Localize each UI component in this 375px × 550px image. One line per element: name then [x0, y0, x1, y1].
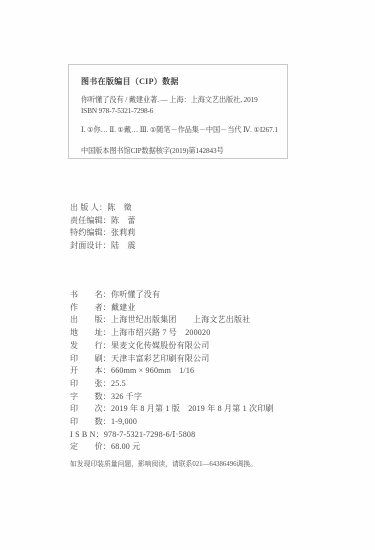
colophon-row-price: 定 价：68.00 元 [70, 441, 274, 454]
credit-value: 陈 蕾 [111, 216, 136, 225]
cip-title-statement: 你听懂了没有 / 戴建业著. — 上海：上海文艺出版社, 2019 [81, 95, 276, 106]
colophon-row-address: 地 址：上海市绍兴路 7 号 200020 [70, 327, 274, 340]
colophon-row-distributor: 发 行：果麦文化传媒股份有限公司 [70, 340, 274, 353]
colophon-row-print-run: 印 数：1-9,000 [70, 416, 274, 429]
credit-value: 陈 徵 [107, 203, 132, 212]
credit-row-responsible-editor: 责任编辑：陈 蕾 [70, 215, 136, 228]
credit-label: 责任编辑： [70, 216, 111, 225]
staff-credits-block: 出 版 人：陈 徵 责任编辑：陈 蕾 特约编辑：张莉莉 封面设计：陆 震 [70, 202, 136, 252]
colophon-value: 25.5 [111, 379, 126, 388]
colophon-label: I S B N： [70, 430, 104, 439]
colophon-value: 你听懂了没有 [111, 290, 160, 299]
colophon-label: 印 张： [70, 379, 111, 388]
cip-record-number-line: 中国版本图书馆CIP数据核字(2019)第142843号 [81, 146, 276, 157]
colophon-value: 978-7-5321-7298-6/Ⅰ·5808 [104, 430, 196, 439]
colophon-row-word-count: 字 数：326 千字 [70, 391, 274, 404]
colophon-label: 印 刷： [70, 354, 111, 363]
colophon-label: 书 名： [70, 290, 111, 299]
colophon-value: 326 千字 [111, 392, 142, 401]
colophon-label: 定 价： [70, 442, 111, 451]
colophon-row-publisher: 出 版：上海世纪出版集团 上海文艺出版社 [70, 314, 274, 327]
credit-label: 封面设计： [70, 241, 111, 250]
colophon-label: 出 版： [70, 315, 111, 324]
colophon-row-format: 开 本：660mm × 960mm 1/16 [70, 365, 274, 378]
credit-label: 出 版 人： [70, 203, 107, 212]
colophon-value: 68.00 元 [111, 442, 140, 451]
colophon-row-printed-sheets: 印 张：25.5 [70, 378, 274, 391]
credit-row-contributing-editor: 特约编辑：张莉莉 [70, 227, 136, 240]
colophon-label: 地 址： [70, 328, 111, 337]
colophon-value: 天津丰富彩艺印刷有限公司 [111, 354, 209, 363]
colophon-label: 印 次： [70, 404, 111, 413]
colophon-value: 1-9,000 [111, 417, 137, 426]
credit-label: 特约编辑： [70, 228, 111, 237]
colophon-label: 作 者： [70, 303, 111, 312]
colophon-value: 2019 年 8 月第 1 版 2019 年 8 月第 1 次印刷 [111, 404, 274, 413]
cip-classification-line: Ⅰ. ①你… Ⅱ. ①戴… Ⅲ. ①随笔－作品集－中国－当代 Ⅳ. ①I267.… [81, 125, 276, 136]
colophon-label: 开 本： [70, 366, 111, 375]
colophon-row-isbn: I S B N：978-7-5321-7298-6/Ⅰ·5808 [70, 429, 274, 442]
colophon-value: 上海世纪出版集团 上海文艺出版社 [111, 315, 250, 324]
cip-data-box: 图书在版编目（CIP）数据 你听懂了没有 / 戴建业著. — 上海：上海文艺出版… [68, 64, 288, 159]
cip-heading: 图书在版编目（CIP）数据 [81, 76, 276, 87]
colophon-row-author: 作 者：戴建业 [70, 302, 274, 315]
copyright-page: 图书在版编目（CIP）数据 你听懂了没有 / 戴建业著. — 上海：上海文艺出版… [0, 0, 375, 550]
colophon-row-edition: 印 次：2019 年 8 月第 1 版 2019 年 8 月第 1 次印刷 [70, 403, 274, 416]
colophon-value: 果麦文化传媒股份有限公司 [111, 341, 209, 350]
credit-value: 陆 震 [111, 241, 136, 250]
colophon-value: 戴建业 [111, 303, 136, 312]
colophon-label: 字 数： [70, 392, 111, 401]
cip-isbn-line: ISBN 978-7-5321-7298-6 [81, 106, 276, 117]
credit-row-publisher: 出 版 人：陈 徵 [70, 202, 136, 215]
colophon-value: 上海市绍兴路 7 号 200020 [111, 328, 210, 337]
colophon-value: 660mm × 960mm 1/16 [111, 366, 194, 375]
credit-value: 张莉莉 [111, 228, 136, 237]
colophon-row-book-title: 书 名：你听懂了没有 [70, 289, 274, 302]
colophon-block: 书 名：你听懂了没有 作 者：戴建业 出 版：上海世纪出版集团 上海文艺出版社 … [70, 289, 274, 454]
colophon-label: 发 行： [70, 341, 111, 350]
credit-row-cover-designer: 封面设计：陆 震 [70, 240, 136, 253]
quality-notice: 如发现印装质量问题，影响阅读，请联系021—64386496调换。 [70, 458, 257, 468]
colophon-row-printer: 印 刷：天津丰富彩艺印刷有限公司 [70, 353, 274, 366]
colophon-label: 印 数： [70, 417, 111, 426]
